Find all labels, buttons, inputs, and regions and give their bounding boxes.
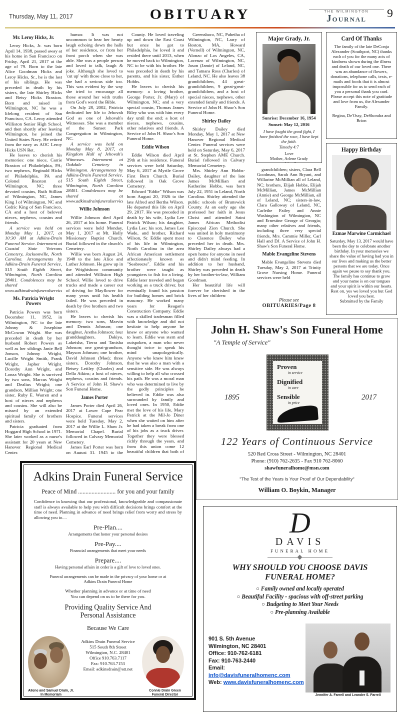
obituary-paragraph: County. He loved traveling up and down t… — [127, 32, 184, 84]
obituary-column-5: grandchildren; sisters, Clara Bell Goodm… — [257, 167, 321, 296]
header-rule — [5, 27, 395, 29]
davis-subname: FUNERAL HOME — [204, 549, 397, 554]
text-line: In Memoriam — [28, 693, 74, 697]
davis-address-lines: 901 S. 5th AvenueWilmington, NC 28401Off… — [209, 636, 305, 665]
obituary-paragraph: Eddie Wilson died April 29th at his resi… — [127, 152, 184, 188]
adkins-intro: Confidence in knowing that our professio… — [34, 499, 182, 520]
text-line: ○ Budgeting to Meet Your Needs — [204, 601, 397, 609]
davis-contact-block: 901 S. 5th AvenueWilmington, NC 28401Off… — [209, 636, 305, 687]
text-line: and family — [260, 161, 319, 163]
sunset-line: Sunset: May 12, 2016 — [260, 122, 319, 127]
obituary-paragraph: Her beautiful life will forever be cheri… — [188, 283, 245, 299]
memorial-photo — [263, 44, 316, 114]
obituary-paragraph: Greensboro, NC, Pabetha of Wilmington, N… — [188, 32, 245, 115]
davis-bottom-row: 901 S. 5th AvenueWilmington, NC 28401Off… — [209, 623, 392, 698]
shaw-address: 520 Red Cross Street - Wilmington, NC 28… — [197, 452, 398, 458]
sunrise-line: Sunrise: December 16, 1954 — [260, 116, 319, 121]
davis-staff-photo — [306, 624, 391, 693]
text-line: ○ Family owned and locally operated — [204, 586, 397, 594]
davis-flourish-divider — [268, 557, 333, 558]
scripture-reference: Timothy 4:7 — [260, 145, 319, 150]
shaw-phone-fax: Phone: (910) 762-2635 - Fax 910 762-8060 — [197, 459, 398, 465]
shaw-year-founded: 1895 — [225, 394, 240, 403]
adkins-preplan-desc: Arrangements that honor your personal de… — [24, 532, 192, 537]
obituary-column-4: Greensboro, NC, Pabetha of Wilmington, N… — [188, 32, 245, 312]
shaw-year-current: 2017 — [362, 394, 377, 403]
text-line: ○ Beautiful Facility - spacious with off… — [204, 593, 397, 601]
birthday-photo — [332, 155, 391, 230]
text-line: Fax: 910-763-2440 — [209, 657, 305, 664]
text-line: Office: 910-762-6181 — [209, 650, 305, 657]
page-number: 9 — [387, 7, 393, 21]
plaque-line-proven: Provenin service — [277, 364, 322, 376]
photo-torso-shape — [337, 205, 387, 230]
adkins-prepay-label: Pre-Pay.... — [24, 540, 192, 548]
obituary-paragraph: Leroy Hicks, Jr. was born April 14, 1938… — [5, 43, 62, 152]
adkins-drain-ad: Adkins Drain Funeral Service Peace of Mi… — [20, 461, 196, 700]
photo-shirt-shape — [268, 90, 311, 114]
shaw-title: John H. Shaw's Son Funeral Home — [197, 324, 398, 337]
plaque-book-shape — [277, 405, 319, 423]
shaw-slogan: "The Test of the Years Is Your Proof of … — [197, 477, 398, 482]
plaque-line-sensible: Sensiblein price — [277, 394, 322, 406]
shaw-funeral-home-ad: John H. Shaw's Son Funeral Home "A Templ… — [196, 318, 398, 500]
obituary-paragraph: He leaves to cherish his memory: a lovin… — [127, 84, 184, 141]
obituary-paragraph: Willie was born August 24, 1948 to the l… — [66, 251, 123, 313]
newspaper-page: Thursday, May 11, 2017 OBITUARY THE WILM… — [0, 0, 400, 714]
birthday-submitted-line: Submitted by the Family — [330, 299, 394, 304]
obituary-heading: Mr. Leroy Hicks, Jr. — [5, 36, 62, 41]
obituary-heading: Eddie Wilson — [127, 145, 184, 150]
obituary-column-2: humor. It was not uncommon to hear her h… — [66, 32, 123, 454]
adkins-whether-lines: Whether planning in advance or at time o… — [24, 589, 192, 600]
obituary-paragraph: On July 28, 2002, Patricia dedicated her… — [66, 105, 123, 141]
card-of-thanks-body: The family of the late DeConja Alexander… — [330, 44, 394, 109]
adkins-prepare-desc: Having personal affairs in order is a gi… — [24, 565, 192, 570]
obituary-paragraph: Shirley Dailey died Monday, May 1, 2017 … — [188, 126, 245, 168]
davis-funeral-home-ad: D DAVIS FUNERAL HOME WHY SHOULD YOU CHOO… — [203, 506, 397, 712]
masthead: THE WILMINGTON Journal — [309, 9, 384, 25]
photo-face-shape — [279, 56, 299, 81]
adkins-preplan-label: Pre-Plan.... — [24, 524, 192, 532]
birthday-message: Saturday, May 13, 2017 would have been t… — [330, 239, 394, 299]
davis-web-link[interactable]: www.davisfuneralhomenc.com — [223, 680, 303, 686]
shaw-manager-line: William O. Boykin, Manager — [197, 487, 398, 495]
obituary-paragraph: Patricia Powers was born December 11, 19… — [5, 309, 62, 423]
memorial-closing: LoveMother, Arlene Gradyand family — [260, 152, 319, 163]
adkins-inner-frame: Adkins Drain Funeral Service Peace of Mi… — [24, 465, 193, 697]
adkins-right-photo-block: Connie Drain GreenFuneral Director — [142, 636, 188, 697]
davis-logo-letter: D — [204, 510, 397, 537]
davis-photo-block: Jennifer A. Farrell and Leander S. Farre… — [305, 623, 392, 698]
adkins-bottom-row: Aliene and Samuel Drain, Jr.In Memoriam … — [28, 636, 188, 697]
obituary-heading: James Porter — [66, 395, 123, 400]
adkins-memoriam-photo — [28, 636, 70, 688]
adkins-contact-block: Adkins Drain Funeral Service515 South 8t… — [74, 639, 142, 672]
text-line: 901 S. 5th Avenue — [209, 636, 305, 643]
continued-note: Please see OBITUARIES/Page 8 — [257, 298, 321, 309]
text-line: ○ Pre-planning Available — [204, 609, 397, 617]
shaw-tagline: "A Temple of Service" — [214, 339, 398, 347]
continued-note-target: OBITUARIES/Page 8 — [262, 303, 315, 309]
davis-name: DAVIS — [204, 537, 397, 549]
plaque-line-dignified: Dignifiedin care — [277, 379, 322, 391]
text-line: Personal Assistance — [24, 612, 192, 620]
obituary-paragraph: Edward "Eddie" Wilson was born August 20… — [127, 189, 184, 454]
davis-web-line: Web: www.davisfuneralhomenc.com — [209, 679, 305, 686]
happy-birthday-box: Happy Birthday Ezmae Marwine Carmichael … — [326, 143, 397, 315]
obituary-paragraph: Willie Johnson died April 26, 2017 at hi… — [66, 215, 123, 251]
adkins-because-line: Because We Care — [24, 625, 192, 633]
masthead-name: Journal — [309, 14, 384, 25]
card-of-thanks-title: Card Of Thanks — [330, 36, 394, 42]
card-of-thanks-box: Card Of Thanks The family of the late De… — [326, 32, 397, 139]
obituary-paragraph: A service was held on Monday May 8, 2017… — [66, 141, 123, 203]
obituary-paragraph: humor. It was not uncommon to hear her h… — [66, 32, 123, 105]
adkins-prepay-desc: Financial arrangements that meet your ne… — [24, 548, 192, 553]
obituary-heading: Willie Johnson — [66, 207, 123, 212]
obituary-paragraph: A service was held on Monday May 1, 2017… — [5, 225, 62, 293]
adkins-director-photo — [142, 636, 184, 688]
obituary-paragraph: Patricia graduated from Hoggard High Sch… — [5, 424, 62, 454]
birthday-person-name: Ezmae Marwine Carmichael — [330, 232, 394, 237]
shaw-years-of-service: 122 Years of Continuous Service — [197, 436, 398, 449]
shaw-email: shawfuneralhome@msn.com — [197, 466, 398, 472]
text-line: You can depend on us to be there for you… — [24, 594, 192, 600]
obituary-column-3: County. He loved traveling up and down t… — [127, 32, 184, 454]
davis-email-line: Email: info@davisfuneralhomenc.com — [209, 665, 305, 680]
text-line: Funeral Director — [142, 693, 188, 697]
adkins-privacy-note: Funeral arrangements can be made in the … — [47, 574, 169, 584]
text-line: Email: adkinsdrain@att.net — [74, 667, 142, 673]
obituary-column-1: Mr. Leroy Hicks, Jr.Leroy Hicks, Jr. was… — [5, 32, 62, 454]
obituary-heading: Mable Evangeline Stevens — [257, 252, 321, 257]
obituary-paragraph: grandchildren; sisters, Clara Bell Goodm… — [257, 167, 321, 249]
obituary-paragraph: James Porter died April 26, 2017 at Lowe… — [66, 403, 123, 445]
davis-question: WHY SHOULD YOU CHOOSE DAVIS FUNERAL HOME… — [219, 563, 382, 582]
davis-email-link[interactable]: info@davisfuneralhomenc.com — [209, 672, 291, 678]
obituary-heading: Shirley Dailey — [188, 119, 245, 124]
text-line: Wilmington, NC 28401 — [209, 643, 305, 650]
shaw-plaque-photo: Provenin service Dignifiedin care Sensib… — [267, 355, 329, 431]
adkins-left-photo-block: Aliene and Samuel Drain, Jr.In Memoriam — [28, 636, 74, 697]
adkins-memoriam-caption: Aliene and Samuel Drain, Jr.In Memoriam — [28, 689, 74, 697]
scripture-text: I have fought the good fight, I have fin… — [260, 130, 319, 145]
davis-photo-caption: Jennifer A. Farrell and Leander S. Farre… — [305, 694, 392, 698]
obituary-paragraph: He leaves to cherish his memories: one n… — [5, 152, 62, 225]
obituary-paragraph: James Earl Porter was born on August 31,… — [66, 445, 123, 454]
adkins-prepare-label: Prepare.... — [24, 557, 192, 565]
adkins-title: Adkins Drain Funeral Service — [24, 470, 192, 484]
davis-bullet-list: ○ Family owned and locally operated○ Bea… — [204, 586, 397, 617]
adkins-director-caption: Connie Drain GreenFuneral Director — [142, 689, 188, 697]
shaw-plaque-inner: Provenin service Dignifiedin care Sensib… — [273, 361, 322, 424]
photo-face-shape — [352, 168, 372, 192]
obituary-heading: Ms. Patricia Wright Powers — [5, 296, 62, 306]
obituary-paragraph: Mable Evangeline Stevens died Tuesday, M… — [257, 260, 321, 280]
card-of-thanks-signature: Regina, De'Ossy, DeShondra and Brion — [330, 113, 394, 123]
obituary-paragraph: Mrs. Shirley Ann Hobbs-Dailey, daughter … — [188, 168, 245, 282]
memorial-box-grady: Major Grady, Jr. Sunrise: December 16, 1… — [256, 32, 322, 163]
memorial-title: Major Grady, Jr. — [260, 36, 319, 42]
obituary-paragraph: He leaves to cherish his memory: two son… — [66, 314, 123, 392]
adkins-peace-line: Peace of Mind ......................... … — [24, 488, 192, 496]
happy-birthday-title: Happy Birthday — [330, 147, 394, 153]
adkins-providing-lines: Providing Quality Service AndPersonal As… — [24, 604, 192, 620]
text-line: Providing Quality Service And — [24, 604, 192, 612]
